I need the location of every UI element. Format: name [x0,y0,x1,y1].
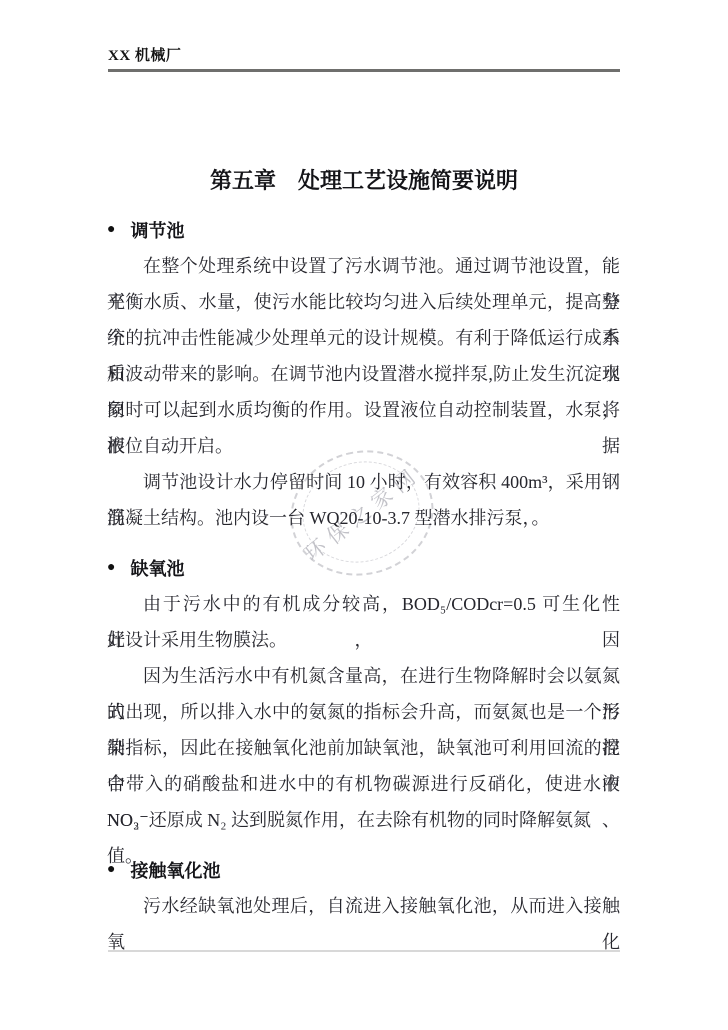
body-line: NO₃⁻还原成 N₂ 达到脱氮作用，在去除有机物的同时降解氨氮值。 [107,802,620,838]
bullet-icon: ● [107,222,115,238]
body-line: 式出现，所以排入水中的氨氮的指标会升高，而氨氮也是一个污染控 [107,694,620,730]
document-body: ● 调节池 在整个处理系统中设置了污水调节池。通过调节池设置，能充分 平衡水质、… [107,212,620,924]
paragraph: 由于污水中的有机成分较高，BOD₅/CODcr=0.5 可生化性好，因 此设计采… [107,586,620,658]
section-title: 调节池 [130,217,184,243]
page-header: XX 机械厂 [108,44,620,72]
paragraph: 在整个处理系统中设置了污水调节池。通过调节池设置，能充分 平衡水质、水量，使污水… [107,248,620,464]
body-line: 由于污水中的有机成分较高，BOD₅/CODcr=0.5 可生化性好，因 [107,586,620,622]
section-heading-tiaojiechi: ● 调节池 [107,212,620,248]
body-line: 中带入的硝酸盐和进水中的有机物碳源进行反硝化，使进水中 NO₂⁻、 [107,766,620,802]
body-line: 污水经缺氧池处理后，自流进入接触氧化池，从而进入接触氧化 [107,888,620,924]
paragraph: 因为生活污水中有机氮含量高，在进行生物降解时会以氨氮的形 式出现，所以排入水中的… [107,658,620,838]
document-page: { "header": { "company": "XX 机械厂" }, "ti… [0,0,728,1030]
body-line: 统的抗冲击性能减少处理单元的设计规模。有利于降低运行成本和水 [107,320,620,356]
body-line: 调节池设计水力停留时间 10 小时，有效容积 400m³，采用钢筋 [107,464,620,500]
body-line: 因为生活污水中有机氮含量高，在进行生物降解时会以氨氮的形 [107,658,620,694]
company-name: XX 机械厂 [108,48,181,64]
body-line: 平衡水质、水量，使污水能比较均匀进入后续处理单元，提高整个系 [107,284,620,320]
body-line: 制指标，因此在接触氧化池前加缺氧池，缺氧池可利用回流的混合液 [107,730,620,766]
bullet-icon: ● [107,862,115,878]
body-line: 同时可以起到水质均衡的作用。设置液位自动控制装置，水泵将根据 [107,392,620,428]
bullet-icon: ● [107,560,115,576]
body-line: 在整个处理系统中设置了污水调节池。通过调节池设置，能充分 [107,248,620,284]
section-heading-queyangchi: ● 缺氧池 [107,550,620,586]
paragraph: 污水经缺氧池处理后，自流进入接触氧化池，从而进入接触氧化 [107,888,620,924]
body-line: 质波动带来的影响。在调节池内设置潜水搅拌泵,防止发生沉淀现象， [107,356,620,392]
body-line: 混凝土结构。池内设一台 WQ20-10-3.7 型潜水排污泵，。 [107,500,620,536]
section-title: 缺氧池 [130,555,184,581]
page-title: 第五章 处理工艺设施简要说明 [0,164,728,195]
paragraph: 调节池设计水力停留时间 10 小时，有效容积 400m³，采用钢筋 混凝土结构。… [107,464,620,536]
section-title: 接触氧化池 [130,857,220,883]
section-heading-jiechuyanghuachi: ● 接触氧化池 [107,852,620,888]
